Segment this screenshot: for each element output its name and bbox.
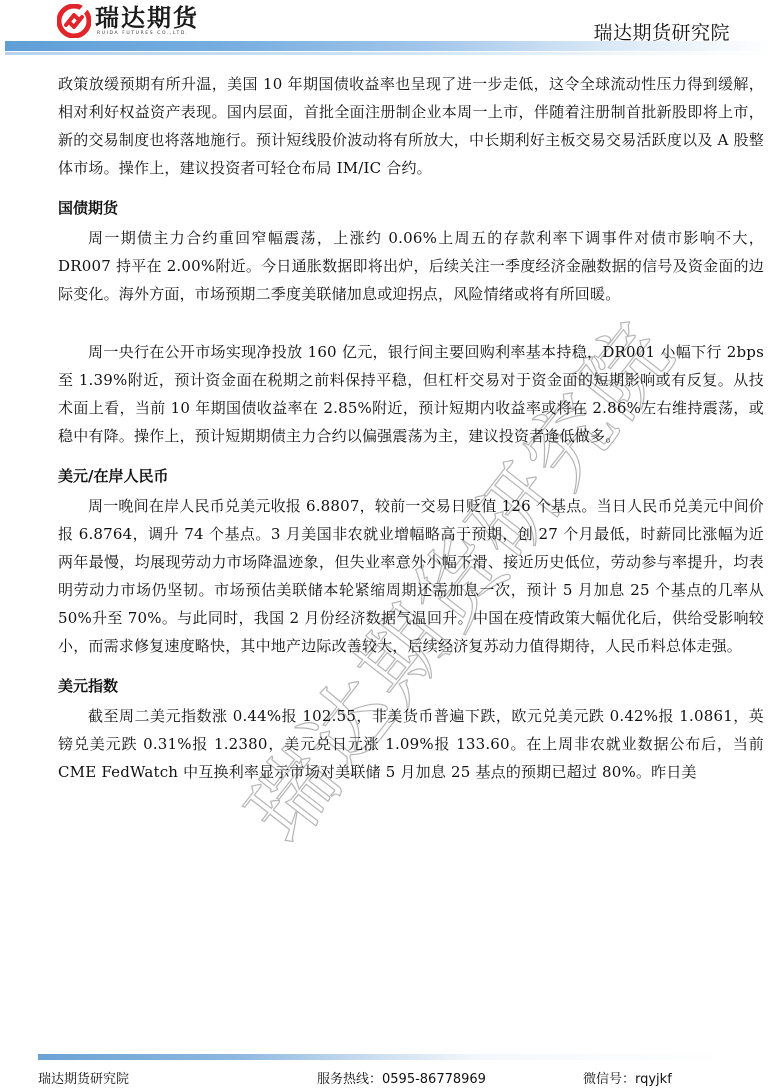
- company-logo: 瑞达期货 RUIDA FUTURES CO.,LTD.: [57, 4, 199, 38]
- section-title-treasury-futures: 国债期货: [58, 194, 764, 222]
- footer-wechat: 微信号：rqyjkf: [583, 1068, 672, 1087]
- dollar-index-paragraph: 截至周二美元指数涨 0.44%报 102.55，非美货币普遍下跌，欧元兑美元跌 …: [58, 702, 764, 786]
- header-divider-underline: [5, 52, 770, 55]
- footer-divider-fade: [478, 1054, 728, 1060]
- logo-name-cn: 瑞达期货: [95, 5, 199, 31]
- footer-divider-bar: [38, 1054, 478, 1060]
- treasury-paragraph-1: 周一期债主力合约重回窄幅震荡，上涨约 0.06%上周五的存款利率下调事件对债市影…: [58, 224, 764, 308]
- page-header: 瑞达期货 RUIDA FUTURES CO.,LTD. 瑞达期货研究院: [0, 0, 770, 60]
- section-title-dollar-index: 美元指数: [58, 672, 764, 700]
- treasury-paragraph-2: 周一央行在公开市场实现净投放 160 亿元，银行间主要回购利率基本持稳，DR00…: [58, 338, 764, 450]
- header-divider-bar: [5, 41, 770, 51]
- usd-cny-paragraph: 周一晚间在岸人民币兑美元收报 6.8807，较前一交易日贬值 126 个基点。当…: [58, 492, 764, 660]
- footer-hotline: 服务热线：0595-86778969: [317, 1068, 486, 1087]
- logo-name-en: RUIDA FUTURES CO.,LTD.: [97, 31, 199, 37]
- report-body: 政策放缓预期有所升温，美国 10 年期国债收益率也呈现了进一步走低，这令全球流动…: [58, 70, 764, 786]
- footer-org: 瑞达期货研究院: [38, 1068, 129, 1087]
- ruida-logo-icon: [57, 4, 91, 38]
- section-title-usd-cny: 美元/在岸人民币: [58, 462, 764, 490]
- intro-paragraph: 政策放缓预期有所升温，美国 10 年期国债收益率也呈现了进一步走低，这令全球流动…: [58, 70, 764, 182]
